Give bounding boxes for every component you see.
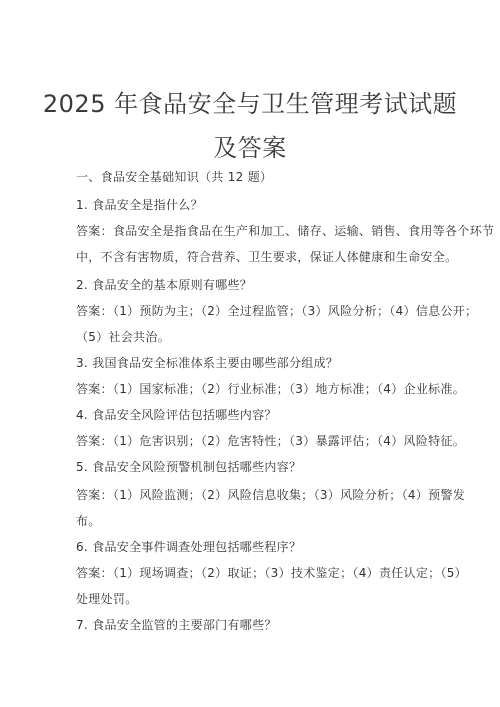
document-page: 2025 年食品安全与卫生管理考试试题 及答案 一、食品安全基础知识（共 12 … [0,0,500,707]
answer-1-line2: 中，不含有害物质，符合营养、卫生要求，保证人体健康和生命安全。 [76,248,436,265]
question-4: 4. 食品安全风险评估包括哪些内容？ [76,406,436,423]
answer-3: 答案：（1）国家标准；（2）行业标准；（3）地方标准；（4）企业标准。 [76,380,436,397]
answer-6-line2: 处理处罚。 [76,590,436,607]
answer-6-line1: 答案：（1）现场调查；（2）取证；（3）技术鉴定；（4）责任认定；（5） [76,564,436,581]
question-3: 3. 我国食品安全标准体系主要由哪些部分组成？ [76,354,436,371]
answer-4: 答案：（1）危害识别；（2）危害特性；（3）暴露评估；（4）风险特征。 [76,432,436,449]
document-title-line1: 2025 年食品安全与卫生管理考试试题 [0,84,500,119]
question-1: 1. 食品安全是指什么？ [76,196,436,213]
question-6: 6. 食品安全事件调查处理包括哪些程序？ [76,538,436,555]
document-title-line2: 及答案 [0,128,500,163]
question-7: 7. 食品安全监管的主要部门有哪些？ [76,616,436,633]
answer-5-line1: 答案：（1）风险监测；（2）风险信息收集；（3）风险分析；（4）预警发 [76,486,436,503]
answer-2-line2: （5）社会共治。 [76,328,436,345]
answer-5-line2: 布。 [76,512,436,529]
question-5: 5. 食品安全风险预警机制包括哪些内容？ [76,458,436,475]
answer-2-line1: 答案：（1）预防为主；（2）全过程监管；（3）风险分析；（4）信息公开； [76,302,436,319]
answer-1-line1: 答案：食品安全是指食品在生产和加工、储存、运输、销售、食用等各个环节 [76,222,436,239]
section-heading: 一、食品安全基础知识（共 12 题） [76,168,436,185]
question-2: 2. 食品安全的基本原则有哪些？ [76,276,436,293]
